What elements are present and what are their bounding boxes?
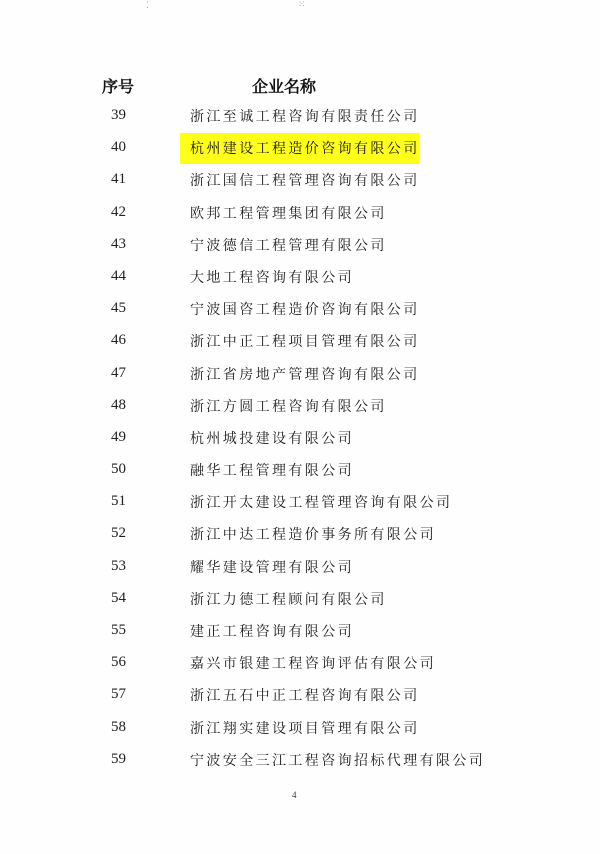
serial-number: 58 (111, 719, 126, 736)
serial-number: 59 (111, 751, 126, 768)
scan-artifact: ⁙ (298, 1, 306, 10)
table-row: 50融华工程管理有限公司 (0, 454, 600, 486)
scanned-document-page: ⁚ ⁙ 序号 企业名称 39浙江至诚工程咨询有限责任公司40杭州建设工程造价咨询… (0, 0, 600, 854)
serial-number: 52 (111, 525, 126, 542)
company-name: 嘉兴市银建工程咨询评估有限公司 (190, 653, 436, 673)
table-row: 44大地工程咨询有限公司 (0, 261, 600, 293)
company-name: 宁波国咨工程造价咨询有限公司 (190, 299, 420, 319)
table-row: 59宁波安全三江工程咨询招标代理有限公司 (0, 744, 600, 776)
serial-number: 57 (111, 686, 126, 703)
serial-number: 50 (111, 461, 126, 478)
company-name: 浙江五石中正工程咨询有限公司 (190, 685, 420, 705)
table-row: 42欧邦工程管理集团有限公司 (0, 197, 600, 229)
company-name: 融华工程管理有限公司 (190, 460, 354, 480)
scan-artifact: ⁚ (146, 2, 149, 11)
table-row: 55建正工程咨询有限公司 (0, 615, 600, 647)
table-row: 57浙江五石中正工程咨询有限公司 (0, 679, 600, 711)
serial-number: 47 (111, 365, 126, 382)
company-name: 浙江方圆工程咨询有限公司 (190, 396, 387, 416)
table-row: 49杭州城投建设有限公司 (0, 422, 600, 454)
table-row: 43宁波德信工程管理有限公司 (0, 229, 600, 261)
company-name: 浙江国信工程管理咨询有限公司 (190, 170, 420, 190)
company-name: 耀华建设管理有限公司 (190, 557, 354, 577)
table-row: 39浙江至诚工程咨询有限责任公司 (0, 100, 600, 132)
table-row: 47浙江省房地产管理咨询有限公司 (0, 358, 600, 390)
company-list: 39浙江至诚工程咨询有限责任公司40杭州建设工程造价咨询有限公司41浙江国信工程… (0, 100, 600, 776)
company-name: 大地工程咨询有限公司 (190, 267, 354, 287)
serial-number: 55 (111, 622, 126, 639)
serial-number: 42 (111, 204, 126, 221)
company-name: 杭州城投建设有限公司 (190, 428, 354, 448)
company-name: 宁波安全三江工程咨询招标代理有限公司 (190, 750, 485, 770)
serial-number: 43 (111, 236, 126, 253)
serial-number: 54 (111, 590, 126, 607)
header-company-name: 企业名称 (252, 74, 316, 97)
serial-number: 53 (111, 558, 126, 575)
serial-number: 48 (111, 397, 126, 414)
serial-number: 49 (111, 429, 126, 446)
serial-number: 51 (111, 493, 126, 510)
page-number-text: 4 (292, 790, 297, 800)
company-name: 浙江省房地产管理咨询有限公司 (190, 364, 420, 384)
company-name: 浙江力德工程顾问有限公司 (190, 589, 387, 609)
table-row: 41浙江国信工程管理咨询有限公司 (0, 164, 600, 196)
header-serial-number: 序号 (102, 74, 134, 97)
table-row: 54浙江力德工程顾问有限公司 (0, 583, 600, 615)
company-name: 杭州建设工程造价咨询有限公司 (190, 138, 420, 158)
company-name: 浙江中正工程项目管理有限公司 (190, 331, 420, 351)
table-row: 48浙江方圆工程咨询有限公司 (0, 390, 600, 422)
table-row: 51浙江开太建设工程管理咨询有限公司 (0, 486, 600, 518)
serial-number: 41 (111, 171, 126, 188)
company-name: 建正工程咨询有限公司 (190, 621, 354, 641)
table-row: 53耀华建设管理有限公司 (0, 551, 600, 583)
company-name: 浙江中达工程造价事务所有限公司 (190, 524, 436, 544)
company-name: 欧邦工程管理集团有限公司 (190, 203, 387, 223)
serial-number: 46 (111, 332, 126, 349)
table-header: 序号 企业名称 (0, 70, 600, 98)
company-name: 浙江开太建设工程管理咨询有限公司 (190, 492, 452, 512)
table-row: 58浙江翔实建设项目管理有限公司 (0, 712, 600, 744)
table-row: 52浙江中达工程造价事务所有限公司 (0, 518, 600, 550)
serial-number: 56 (111, 654, 126, 671)
serial-number: 44 (111, 268, 126, 285)
serial-number: 39 (111, 107, 126, 124)
company-name: 浙江翔实建设项目管理有限公司 (190, 718, 420, 738)
serial-number: 40 (111, 139, 126, 156)
table-row: 46浙江中正工程项目管理有限公司 (0, 325, 600, 357)
company-name: 宁波德信工程管理有限公司 (190, 235, 387, 255)
table-row-highlighted: 40杭州建设工程造价咨询有限公司 (0, 132, 600, 164)
table-row: 45宁波国咨工程造价咨询有限公司 (0, 293, 600, 325)
serial-number: 45 (111, 300, 126, 317)
company-name: 浙江至诚工程咨询有限责任公司 (190, 106, 420, 126)
table-row: 56嘉兴市银建工程咨询评估有限公司 (0, 647, 600, 679)
